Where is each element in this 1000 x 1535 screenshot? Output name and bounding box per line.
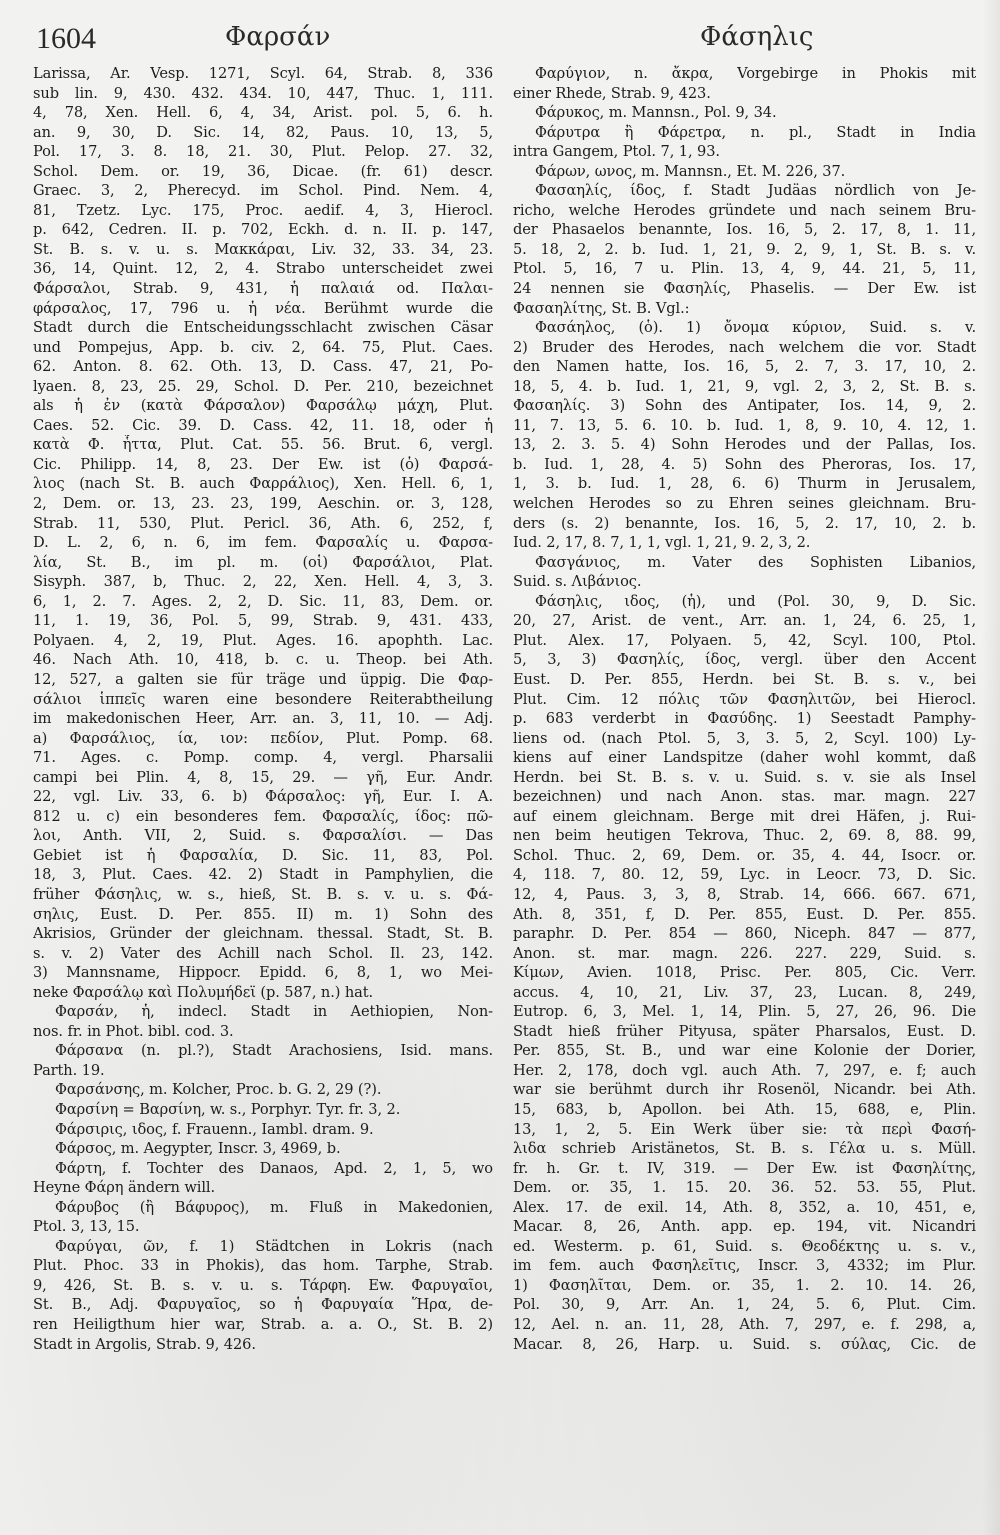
text-line: 62. Anton. 8. 62. Oth. 13, D. Cass. 47, … [33,357,493,377]
entry-headline: Φασάηλος, (ὁ). 1) ὄνομα κύριον, Suid. s.… [513,318,976,338]
entry-headline: Φαρσάνσης, m. Kolcher, Proc. b. G. 2, 29… [33,1080,493,1100]
text-line: D. L. 2, 6, n. 6, im fem. Φαρσαλίς u. Φα… [33,533,493,553]
text-line: an. 9, 30, D. Sic. 14, 82, Paus. 10, 13,… [33,123,493,143]
entry-headline: Φάρσος, m. Aegypter, Inscr. 3, 4969, b. [33,1139,493,1159]
text-line: Anon. st. mar. magn. 226. 227. 229, Suid… [513,944,976,964]
text-line: nen beim heutigen Tekrova, Thuc. 2, 69. … [513,826,976,846]
text-line: campi bei Plin. 4, 8, 15, 29. — γῆ, Eur.… [33,768,493,788]
text-line: Heyne Φάρη ändern will. [33,1178,493,1198]
text-line: Alex. 17. de exil. 14, Ath. 8, 352, a. 1… [513,1198,976,1218]
text-line: St. B. s. v. u. s. Μακκάραι, Liv. 32, 33… [33,240,493,260]
text-line: Φασαηλίτης, St. B. Vgl.: [513,299,976,319]
text-line: Parth. 19. [33,1061,493,1081]
text-line: sub lin. 9, 430. 432. 434. 10, 447, Thuc… [33,84,493,104]
page-edge-shadow [982,0,1000,1535]
text-line: p. 683 verderbt in Φασύδης. 1) Seestadt … [513,709,976,729]
text-line: Macar. 8, 26, Harp. u. Suid. s. σύλας, C… [513,1335,976,1355]
text-line: ders (s. 2) benannte, Ios. 16, 5, 2. 17,… [513,514,976,534]
text-line: neke Φαρσάλῳ καὶ Πολυμήδεϊ (p. 587, n.) … [33,983,493,1003]
text-line: Dem. or. 35, 1. 15. 20. 36. 52. 53. 55, … [513,1178,976,1198]
entry-headline: Φάσηλις, ιδος, (ἡ), und (Pol. 30, 9, D. … [513,592,976,612]
entry-headline: Φάρυκος, m. Mannsn., Pol. 9, 34. [513,103,976,123]
text-line: 5. 18, 2, 2. b. Iud. 1, 21, 9. 2, 9, 1, … [513,240,976,260]
text-line: Caes. 52. Cic. 39. D. Cass. 42, 11. 18, … [33,416,493,436]
text-line: 11, 1. 19, 36, Pol. 5, 99, Strab. 9, 431… [33,611,493,631]
text-line: Graec. 3, 2, Pherecyd. im Schol. Pind. N… [33,181,493,201]
text-line: s. v. 2) Vater des Achill nach Schol. Il… [33,944,493,964]
text-line: 1, 3. b. Iud. 1, 28, 6. 6) Thurm in Jeru… [513,474,976,494]
text-line: 13, 2. 3. 5. 4) Sohn Herodes und der Pal… [513,435,976,455]
text-line: Plut. Phoc. 33 in Phokis), das hom. Tarp… [33,1256,493,1276]
text-line: σηλις, Eust. D. Per. 855. II) m. 1) Sohn… [33,905,493,925]
text-line: Ptol. 5, 16, 7 u. Plin. 13, 4, 9, 44. 21… [513,259,976,279]
text-line: 12, 527, a galten sie für träge und üppi… [33,670,493,690]
page-number: 1604 [36,22,96,56]
text-line: ren Heiligthum hier war, Strab. a. a. O.… [33,1315,493,1335]
text-line: φάρσαλος, 17, 796 u. ἡ νέα. Berühmt wurd… [33,299,493,319]
text-line: κατὰ Φ. ἧττα, Plut. Cat. 55. 56. Brut. 6… [33,435,493,455]
text-line: 13, 1, 2, 5. Ein Werk über sie: τὰ περὶ … [513,1120,976,1140]
text-line: Eutrop. 6, 3, Mel. 1, 14, Plin. 5, 27, 2… [513,1002,976,1022]
text-line: 22, vgl. Liv. 33, 6. b) Φάρσαλος: γῆ, Eu… [33,787,493,807]
entry-headline: Φαρσίνη = Βαρσίνη, w. s., Porphyr. Tyr. … [33,1100,493,1120]
text-line: Suid. s. Λιβάνιος. [513,572,976,592]
text-line: Plut. Alex. 17, Polyaen. 5, 42, Scyl. 10… [513,631,976,651]
text-line: im makedonischen Heer, Arr. an. 3, 11, 1… [33,709,493,729]
text-line: 6, 1, 2. 7. Ages. 2, 2, D. Sic. 11, 83, … [33,592,493,612]
left-column: Larissa, Ar. Vesp. 1271, Scyl. 64, Strab… [33,64,493,1354]
text-line: λοι, Anth. VII, 2, Suid. s. Φαρσαλίσι. —… [33,826,493,846]
text-line: 20, 27, Arist. de vent., Arr. an. 1, 24,… [513,611,976,631]
text-line: Ath. 8, 351, f, D. Per. 855, Eust. D. Pe… [513,905,976,925]
text-line: Larissa, Ar. Vesp. 1271, Scyl. 64, Strab… [33,64,493,84]
text-line: 4, 118. 7, 80. 12, 59, Lyc. in Leocr. 73… [513,865,976,885]
entry-headline: Φάρσιρις, ιδος, f. Frauenn., Iambl. dram… [33,1120,493,1140]
page-header: 1604 Φαρσάν Φάσηλις [0,18,1000,54]
text-line: fr. h. Gr. t. IV, 319. — Der Ew. ist Φασ… [513,1159,976,1179]
text-line: Gebiet ist ἡ Φαρσαλία, D. Sic. 11, 83, P… [33,846,493,866]
text-line: 4, 78, Xen. Hell. 6, 4, 34, Arist. pol. … [33,103,493,123]
entry-headline: Φάρυβος (ἢ Βάφυρος), m. Fluß in Makedoni… [33,1198,493,1218]
text-line: bezeichnen) und nach Anon. stas. mar. ma… [513,787,976,807]
left-catchword: Φαρσάν [225,22,330,52]
text-line: einer Rhede, Strab. 9, 423. [513,84,976,104]
text-line: Akrisios, Gründer der gleichnam. thessal… [33,924,493,944]
entry-headline: Φαρσάν, ἡ, indecl. Stadt in Aethiopien, … [33,1002,493,1022]
text-line: Cic. Philipp. 14, 8, 23. Der Ew. ist (ὁ)… [33,455,493,475]
text-line: 46. Nach Ath. 10, 418, b. c. u. Theop. b… [33,650,493,670]
text-line: 81, Tzetz. Lyc. 175, Proc. aedif. 4, 3, … [33,201,493,221]
text-line: kiens auf einer Landspitze (daher wohl k… [513,748,976,768]
text-line: 11, 7. 13, 5. 6. 10. b. Iud. 1, 8, 9. 10… [513,416,976,436]
text-line: welchen Herodes so zu Ehren seines gleic… [513,494,976,514]
text-line: 24 nennen sie Φασηλίς, Phaselis. — Der E… [513,279,976,299]
entry-headline: Φάρσανα (n. pl.?), Stadt Arachosiens, Is… [33,1041,493,1061]
text-line: als ἡ ἐν (κατὰ Φάρσαλον) Φαρσάλῳ μάχη, P… [33,396,493,416]
text-line: Stadt durch die Entscheidungsschlacht zw… [33,318,493,338]
entry-headline: Φάρτη, f. Tochter des Danaos, Apd. 2, 1,… [33,1159,493,1179]
text-line: Strab. 11, 530, Plut. Pericl. 36, Ath. 6… [33,514,493,534]
text-line: Schol. Thuc. 2, 69, Dem. or. 35, 4. 44, … [513,846,976,866]
text-line: b. Iud. 1, 28, 4. 5) Sohn des Pheroras, … [513,455,976,475]
text-line: 36, 14, Quint. 12, 2, 4. Strabo untersch… [33,259,493,279]
text-line: λία, St. B., im pl. m. (οἱ) Φαρσάλιοι, P… [33,553,493,573]
text-line: Stadt in Argolis, Strab. 9, 426. [33,1335,493,1355]
dictionary-page: 1604 Φαρσάν Φάσηλις Larissa, Ar. Vesp. 1… [0,0,1000,1535]
text-line: σάλιοι ἱππεῖς waren eine besondere Reite… [33,690,493,710]
right-column: Φαρύγιον, n. ἄκρα, Vorgebirge in Phokis … [513,64,976,1354]
text-line: den Namen hatte, Ios. 16, 5, 2. 7, 3. 17… [513,357,976,377]
text-line: Iud. 2, 17, 8. 7, 1, 1, vgl. 1, 21, 9. 2… [513,533,976,553]
text-line: war sie berühmt durch ihr Rosenöl, Nican… [513,1080,976,1100]
text-line: richo, welche Herodes gründete und nach … [513,201,976,221]
entry-headline: Φαρύγιον, n. ἄκρα, Vorgebirge in Phokis … [513,64,976,84]
text-line: 12, Ael. n. an. 11, 28, Ath. 7, 297, e. … [513,1315,976,1335]
text-line: Eust. D. Per. 855, Herdn. bei St. B. s. … [513,670,976,690]
text-line: paraphr. D. Per. 854 — 860, Niceph. 847 … [513,924,976,944]
text-line: lyaen. 8, 23, 25. 29, Schol. D. Per. 210… [33,377,493,397]
text-line: 9, 426, St. B. s. v. u. s. Τάρφη. Ew. Φα… [33,1276,493,1296]
text-line: 5, 3, 3) Φασηλίς, ίδος, vergl. über den … [513,650,976,670]
text-line: a) Φαρσάλιος, ία, ιον: πεδίον, Plut. Pom… [33,729,493,749]
text-line: λιδα schrieb Aristänetos, St. B. s. Γέλα… [513,1139,976,1159]
text-line: St. B., Adj. Φαρυγαῖος, so ἡ Φαρυγαία Ἥρ… [33,1295,493,1315]
text-line: Pol. 30, 9, Arr. An. 1, 24, 5. 6, Plut. … [513,1295,976,1315]
text-line: Pol. 17, 3. 8. 18, 21. 30, Plut. Pelop. … [33,142,493,162]
text-line: intra Gangem, Ptol. 7, 1, 93. [513,142,976,162]
text-line: Κίμων, Avien. 1018, Prisc. Per. 805, Cic… [513,963,976,983]
text-line: 1) Φασηλῖται, Dem. or. 35, 1. 2. 10. 14.… [513,1276,976,1296]
text-line: früher Φάσηλις, w. s., hieß, St. B. s. v… [33,885,493,905]
text-line: nos. fr. in Phot. bibl. cod. 3. [33,1022,493,1042]
text-line: Ptol. 3, 13, 15. [33,1217,493,1237]
text-line: Per. 855, St. B., und war eine Kolonie d… [513,1041,976,1061]
text-line: 812 u. c) ein besonderes fem. Φαρσαλίς, … [33,807,493,827]
text-line: 15, 683, b, Apollon. bei Ath. 15, 688, e… [513,1100,976,1120]
text-line: im fem. auch Φασηλεῖτις, Inscr. 3, 4332;… [513,1256,976,1276]
text-line: Herdn. bei St. B. s. v. u. Suid. s. v. s… [513,768,976,788]
entry-headline: Φαρύγαι, ῶν, f. 1) Städtchen in Lokris (… [33,1237,493,1257]
text-line: Stadt hieß früher Pityusa, später Pharsa… [513,1022,976,1042]
text-line: 2) Bruder des Herodes, nach welchem die … [513,338,976,358]
text-line: Φάρσαλοι, Strab. 9, 431, ἡ παλαιά od. Πα… [33,279,493,299]
entry-headline: Φασγάνιος, m. Vater des Sophisten Libani… [513,553,976,573]
text-line: 18, 5, 4. b. Iud. 1, 21, 9, vgl. 2, 3, 2… [513,377,976,397]
entry-headline: Φάρων, ωνος, m. Mannsn., Et. M. 226, 37. [513,162,976,182]
text-line: accus. 4, 10, 21, Liv. 37, 23, Lucan. 8,… [513,983,976,1003]
right-catchword: Φάσηλις [700,22,813,52]
text-line: Macar. 8, 26, Anth. app. ep. 194, vit. N… [513,1217,976,1237]
text-line: p. 642, Cedren. II. p. 702, Eckh. d. n. … [33,220,493,240]
text-line: 18, 3, Plut. Caes. 42. 2) Stadt in Pamph… [33,865,493,885]
text-line: Schol. Dem. or. 19, 36, Dicae. (fr. 61) … [33,162,493,182]
entry-headline: Φάρυτρα ἢ Φάρετρα, n. pl., Stadt in Indi… [513,123,976,143]
text-line: 12, 4, Paus. 3, 3, 8, Strab. 14, 666. 66… [513,885,976,905]
text-line: Sisyph. 387, b, Thuc. 2, 22, Xen. Hell. … [33,572,493,592]
entry-headline: Φασαηλίς, ίδος, f. Stadt Judäas nördlich… [513,181,976,201]
text-line: 3) Mannsname, Hippocr. Epidd. 6, 8, 1, w… [33,963,493,983]
text-line: Plut. Cim. 12 πόλις τῶν Φασηλιτῶν, bei H… [513,690,976,710]
text-line: Her. 2, 178, doch vgl. auch Ath. 7, 297,… [513,1061,976,1081]
text-line: Φασαηλίς. 3) Sohn des Antipater, Ios. 14… [513,396,976,416]
text-line: 2, Dem. or. 13, 23. 23, 199, Aeschin. or… [33,494,493,514]
text-line: und Pompejus, App. b. civ. 2, 64. 75, Pl… [33,338,493,358]
text-line: der Phasaelos benannte, Ios. 16, 5, 2. 1… [513,220,976,240]
text-line: liens od. (nach Ptol. 5, 3, 3. 5, 2, Scy… [513,729,976,749]
text-line: ed. Westerm. p. 61, Suid. s. Θεοδέκτης u… [513,1237,976,1257]
text-line: Polyaen. 4, 2, 19, Plut. Ages. 16. apoph… [33,631,493,651]
text-line: λιος (nach St. B. auch Φαρράλιος), Xen. … [33,474,493,494]
text-line: auf einem gleichnam. Berge mit drei Häfe… [513,807,976,827]
text-line: 71. Ages. c. Pomp. comp. 4, vergl. Phars… [33,748,493,768]
